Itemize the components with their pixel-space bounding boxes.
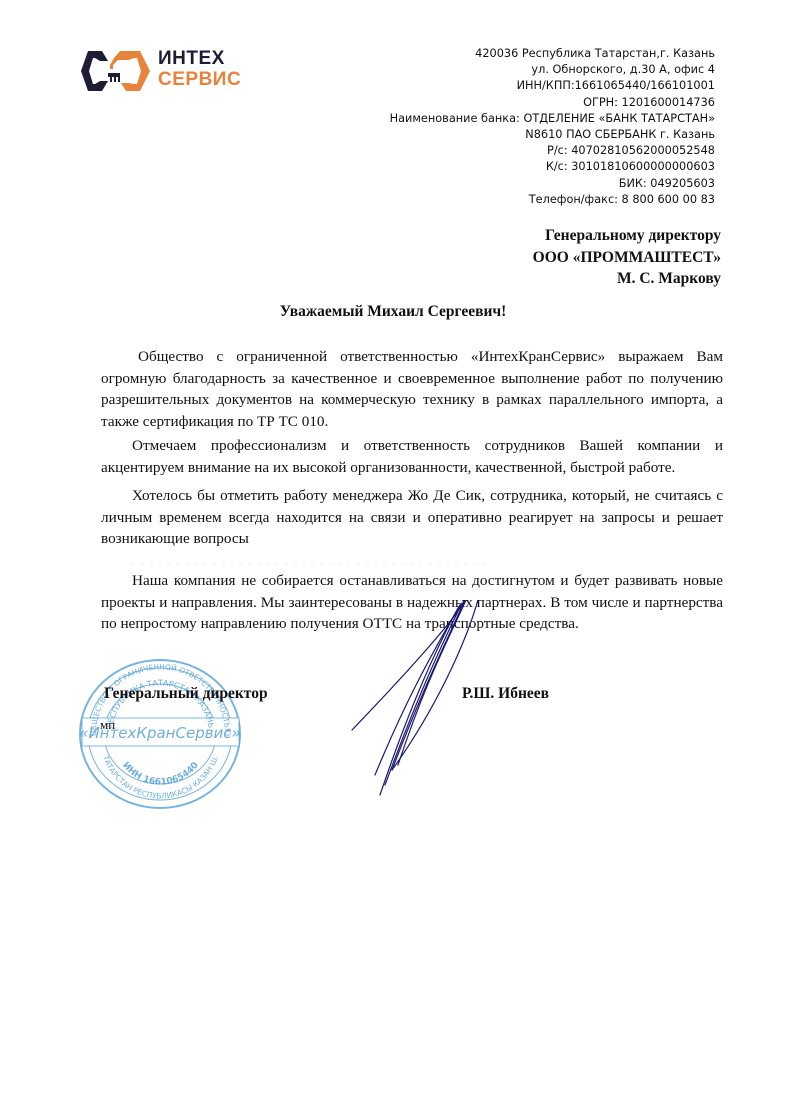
round-seal-icon: ОБЩЕСТВО С ОГРАНИЧЕННОЙ ОТВЕТСТВЕННОСТЬЮ… [78,658,243,810]
addressee-name: М. С. Маркову [533,268,721,290]
requisite-phone: Телефон/факс: 8 800 600 00 83 [390,192,715,208]
svg-text:ТАТАРСТАН РЕСПУБЛИКАСЫ КАЗАН Ш: ТАТАРСТАН РЕСПУБЛИКАСЫ КАЗАН Ш. [101,753,220,800]
paragraph-text: Отмечаем профессионализм и ответственнос… [101,435,723,478]
requisite-inn-kpp: ИНН/КПП:1661065440/166101001 [390,78,715,94]
requisite-bank-branch: N8610 ПАО СБЕРБАНК г. Казань [390,127,715,143]
salutation: Уважаемый Михаил Сергеевич! [0,303,786,321]
addressee-block: Генеральному директору ООО «ПРОММАШТЕСТ»… [533,225,721,290]
paragraph-text: Хотелось бы отметить работу менеджера Жо… [101,485,723,550]
handwritten-signature [340,600,480,800]
signature-strokes-icon [340,600,480,800]
faded-text-line: · · · · · · · · · · · · · · · · · · · · … [131,558,721,568]
requisite-bank-name: Наименование банка: ОТДЕЛЕНИЕ «БАНК ТАТА… [390,111,715,127]
requisite-address: 420036 Республика Татарстан,г. Казань [390,46,715,62]
stamp-place-label: мп [100,717,115,733]
paragraph-3: Хотелось бы отметить работу менеджера Жо… [101,485,723,550]
logo-line-1: ИНТЕХ [158,48,241,69]
company-logo: ИНТЕХ СЕРВИС [80,48,280,94]
requisite-street: ул. Обнорского, д.30 А, офис 4 [390,62,715,78]
paragraph-1: Общество с ограниченной ответственностью… [101,346,723,432]
requisite-bik: БИК: 049205603 [390,176,715,192]
logo-line-2: СЕРВИС [158,69,241,90]
signer-title: Генеральный директор [104,685,268,703]
requisite-account: Р/с: 40702810562000052548 [390,143,715,159]
requisite-ogrn: ОГРН: 1201600014736 [390,95,715,111]
paragraph-text: Общество с ограниченной ответственностью… [101,346,723,432]
hexagon-chain-logo-icon [80,48,154,94]
requisite-corr-account: К/с: 30101810600000000603 [390,159,715,175]
addressee-position: Генеральному директору [533,225,721,247]
company-requisites: 420036 Республика Татарстан,г. Казань ул… [390,46,715,208]
paragraph-2: Отмечаем профессионализм и ответственнос… [101,435,723,478]
company-stamp: ОБЩЕСТВО С ОГРАНИЧЕННОЙ ОТВЕТСТВЕННОСТЬЮ… [78,658,243,810]
addressee-company: ООО «ПРОММАШТЕСТ» [533,247,721,269]
